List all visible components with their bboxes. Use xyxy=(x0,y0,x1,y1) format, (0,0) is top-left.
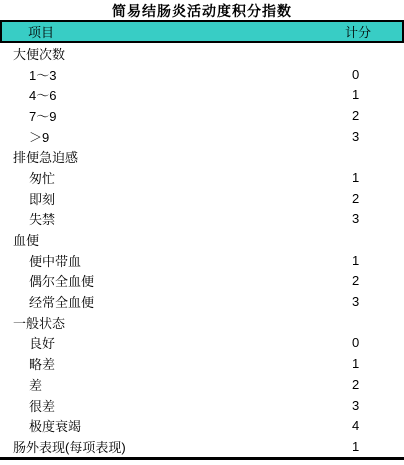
table-row: 经常全血便3 xyxy=(0,291,404,312)
row-label: 4～6 xyxy=(0,85,345,104)
table-row: 肠外表现(每项表现)1 xyxy=(0,436,404,457)
row-score: 1 xyxy=(345,356,404,371)
row-score: 3 xyxy=(345,211,404,226)
table-row: 匆忙1 xyxy=(0,167,404,188)
table-row: 1～30 xyxy=(0,64,404,85)
table-row: 大便次数 xyxy=(0,43,404,64)
row-label: 1～3 xyxy=(0,65,345,84)
row-score: 1 xyxy=(345,170,404,185)
row-label: 便中带血 xyxy=(0,251,345,270)
table-row: 很差3 xyxy=(0,395,404,416)
table-body: 大便次数1～304～617～92＞93排便急迫感匆忙1即刻2失禁3血便便中带血1… xyxy=(0,43,404,457)
table-bottom-border xyxy=(0,457,404,460)
table-header: 项目 计分 xyxy=(0,20,404,43)
row-score: 0 xyxy=(345,67,404,82)
table-row: 良好0 xyxy=(0,333,404,354)
table-row: 血便 xyxy=(0,229,404,250)
row-label: 很差 xyxy=(0,396,345,415)
row-label: 匆忙 xyxy=(0,168,345,187)
row-score: 0 xyxy=(345,335,404,350)
row-label: 排便急迫感 xyxy=(0,147,345,166)
row-label: 即刻 xyxy=(0,189,345,208)
row-label: 差 xyxy=(0,375,345,394)
row-label: 偶尔全血便 xyxy=(0,271,345,290)
row-score: 3 xyxy=(345,398,404,413)
table-row: 极度衰竭4 xyxy=(0,415,404,436)
row-label: 肠外表现(每项表现) xyxy=(0,437,345,456)
row-label: 极度衰竭 xyxy=(0,416,345,435)
table-row: 7～92 xyxy=(0,105,404,126)
row-score: 2 xyxy=(345,191,404,206)
row-score: 4 xyxy=(345,418,404,433)
row-score: 2 xyxy=(345,377,404,392)
table-row: ＞93 xyxy=(0,126,404,147)
row-label: ＞9 xyxy=(0,127,345,146)
row-label: 血便 xyxy=(0,230,345,249)
row-label: 大便次数 xyxy=(0,44,345,63)
row-score: 2 xyxy=(345,108,404,123)
row-label: 一般状态 xyxy=(0,313,345,332)
row-score: 1 xyxy=(345,253,404,268)
table-row: 差2 xyxy=(0,374,404,395)
row-score: 3 xyxy=(345,294,404,309)
table-row: 略差1 xyxy=(0,353,404,374)
row-score: 2 xyxy=(345,273,404,288)
row-score: 3 xyxy=(345,129,404,144)
table-title: 简易结肠炎活动度积分指数 xyxy=(0,0,404,20)
table-row: 便中带血1 xyxy=(0,250,404,271)
row-label: 良好 xyxy=(0,333,345,352)
table-row: 偶尔全血便2 xyxy=(0,271,404,292)
table-row: 失禁3 xyxy=(0,209,404,230)
row-label: 失禁 xyxy=(0,209,345,228)
table-row: 一般状态 xyxy=(0,312,404,333)
row-label: 7～9 xyxy=(0,106,345,125)
column-header-score: 计分 xyxy=(345,22,402,41)
column-header-item: 项目 xyxy=(2,22,345,41)
table-row: 排便急迫感 xyxy=(0,146,404,167)
row-score: 1 xyxy=(345,439,404,454)
row-score: 1 xyxy=(345,87,404,102)
table-row: 即刻2 xyxy=(0,188,404,209)
row-label: 略差 xyxy=(0,354,345,373)
table-row: 4～61 xyxy=(0,84,404,105)
page: 简易结肠炎活动度积分指数 项目 计分 大便次数1～304～617～92＞93排便… xyxy=(0,0,404,465)
row-label: 经常全血便 xyxy=(0,292,345,311)
